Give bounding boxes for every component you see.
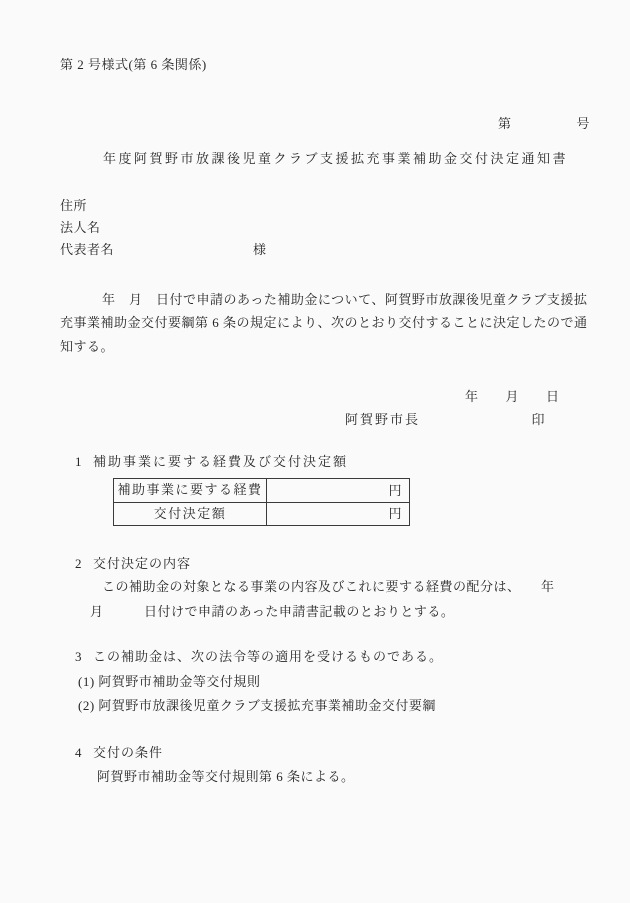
cost-table: 補助事業に要する経費 円 交付決定額 円 [113,478,410,526]
recipient-corporation-label: 法人名 [60,220,101,236]
table-row: 補助事業に要する経費 円 [114,479,409,502]
section-1-heading-row: 1 補助事業に要する経費及び交付決定額 [75,454,348,470]
recipient-honorific: 様 [253,242,267,258]
issuer-row: 阿賀野市長 印 [345,412,545,428]
recipient-address-label: 住所 [60,198,87,214]
section-4-heading-row: 4 交付の条件 [75,745,163,761]
section-3-number: 3 [75,649,93,665]
cost-row-decision-unit: 円 [388,503,409,525]
section-3-heading: この補助金は、次の法令等の適用を受けるものである。 [93,649,443,665]
section-1-heading: 補助事業に要する経費及び交付決定額 [93,454,348,470]
section-2-heading: 交付決定の内容 [93,556,191,572]
issuance-date-blanks: 年 月 日 [465,389,560,405]
recipient-representative-label: 代表者名 [60,242,114,258]
section-3-item-2: (2) 阿賀野市放課後児童クラブ支援拡充事業補助金交付要綱 [78,698,436,714]
form-number: 第 2 号様式(第 6 条関係) [60,57,207,73]
cost-row-decision-value-cell: 円 [267,503,409,525]
section-3-item-1: (1) 阿賀野市補助金等交付規則 [78,674,260,690]
doc-number: 第号 [483,100,590,148]
section-4-number: 4 [75,745,93,761]
doc-number-prefix: 第 [498,116,512,131]
seal-mark: 印 [531,412,545,428]
section-2-body-line-2: 月 日付けで申請のあった申請書記載のとおりとする。 [90,604,454,620]
body-paragraph-line-1: 年 月 日付で申請のあった補助金について、阿賀野市放課後児童クラブ支援拡 [60,292,587,308]
section-2-number: 2 [75,556,93,572]
document-title: 年度阿賀野市放課後児童クラブ支援拡充事業補助金交付決定通知書 [103,151,568,167]
section-4-heading: 交付の条件 [93,745,163,761]
cost-row-expense-unit: 円 [388,480,409,502]
body-paragraph-line-2: 充事業補助金交付要綱第 6 条の規定により、次のとおり交付することに決定したので… [60,315,588,331]
body-paragraph-line-3: 知する。 [60,339,114,355]
section-1-number: 1 [75,454,93,470]
notice-document: 第 2 号様式(第 6 条関係) 第号 年度阿賀野市放課後児童クラブ支援拡充事業… [0,0,630,903]
section-2-heading-row: 2 交付決定の内容 [75,556,191,572]
cost-row-expense-label: 補助事業に要する経費 [114,479,267,502]
section-2-body-line-1: この補助金の対象となる事業の内容及びこれに要する経費の配分は、 年 [102,579,555,595]
cost-row-decision-label: 交付決定額 [114,503,267,525]
table-row: 交付決定額 円 [114,502,409,525]
issuer-name: 阿賀野市長 [345,412,420,428]
section-3-heading-row: 3 この補助金は、次の法令等の適用を受けるものである。 [75,649,443,665]
section-4-body: 阿賀野市補助金等交付規則第 6 条による。 [97,769,355,785]
cost-row-expense-value-cell: 円 [267,479,409,502]
doc-number-suffix: 号 [577,116,591,131]
